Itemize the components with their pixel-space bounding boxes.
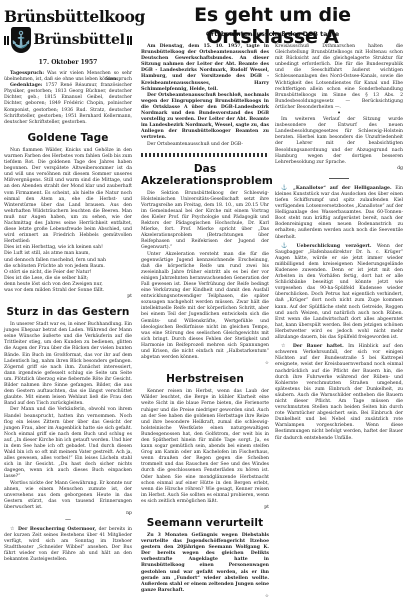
star-icon: ☆ bbox=[281, 343, 293, 349]
article-title-sturz-in-das-gestern: Sturz in das Gestern bbox=[4, 306, 132, 318]
main-story-paragraph: Kreisausschuß Dithmarschen halten die Gl… bbox=[275, 44, 403, 111]
notice-text: Ein kleines Kunststück war das Ausdocken… bbox=[275, 186, 403, 240]
article-body-herbstreisen: Kenner reisen im Herbst, wenn das Laub d… bbox=[141, 389, 269, 505]
tagesspruch-label: Tagesspruch: bbox=[10, 71, 44, 76]
notice-text: der bereits in der kurzen Zeit seines Be… bbox=[4, 527, 132, 562]
article-paragraph: Der Mann und die Verkäuferin, obwohl von… bbox=[4, 407, 132, 480]
article-signature: dg bbox=[275, 166, 403, 172]
article-body-goldene-tage: Nun flammen Wälder, Knicks und Gehölze i… bbox=[4, 148, 132, 246]
gedenktage: Gedenktage: 1757 René Réaumur, französis… bbox=[4, 83, 132, 126]
masthead: Brünsbüttelkoog ⚓ Brünsbüttel 17. Oktobe… bbox=[4, 0, 132, 66]
article-paragraph: Unter Akzeleration versteht man die für … bbox=[141, 252, 269, 362]
dateline: 17. Oktober 1957 bbox=[4, 59, 132, 66]
right-column: Kreisausschuß Dithmarschen halten die Gl… bbox=[275, 0, 403, 442]
article-title-seemann-verurteilt: Seemann verurteilt bbox=[141, 517, 269, 529]
notice-label: Der Bauer haftet. bbox=[293, 344, 344, 349]
decorative-separator bbox=[141, 153, 269, 157]
article-title-goldene-tage: Goldene Tage bbox=[4, 132, 132, 144]
main-story-paragraph: Im weiteren Verlauf der Sitzung wurde in… bbox=[275, 117, 403, 166]
ship-icon: ⚓ bbox=[281, 243, 297, 249]
article-body-seemann-verurteilt: Zu 3 Monaten Gefängnis wegen Diebstahls … bbox=[141, 533, 269, 594]
star-icon: ☆ bbox=[141, 594, 269, 599]
ship-icon: ⚓ bbox=[281, 185, 293, 191]
article-paragraph: In unserer Stadt war es, in einer Buchha… bbox=[4, 322, 132, 407]
main-story-paragraph: Am Dienstag, dem 15. 10. 1957, tagte in … bbox=[141, 44, 269, 93]
separator-mark: — bbox=[4, 517, 132, 523]
poem: Dies ist ein Herbsttag, wie ich keinen s… bbox=[4, 245, 132, 294]
anchor-crest-icon: ⚓ bbox=[11, 27, 31, 53]
article-title-akzelerationsproblem: Das Akzelerationsproblem bbox=[141, 163, 269, 187]
notice-kanallotse: ⚓ „Kanallotse“ auf der Helligaanlage. Ei… bbox=[275, 185, 403, 241]
article-title-herbstreisen: Herbstreisen bbox=[141, 373, 269, 385]
masthead-bar-decoration-left bbox=[4, 36, 9, 45]
notice-label: Ueberschlickung verzögert. bbox=[297, 244, 372, 249]
star-icon: ☆ bbox=[141, 361, 269, 367]
notice-bauer-haftet: ☆ Der Bauer haftet. Im Hinblick auf den … bbox=[275, 343, 403, 442]
article-paragraph: Wortlos nickte der Mann Gewährung. Er ko… bbox=[4, 481, 132, 511]
notice-text: Im Hinblick auf den schweren Verkehrsunf… bbox=[275, 344, 403, 440]
masthead-bar-decoration-right bbox=[127, 36, 132, 45]
article-signature: pt bbox=[141, 505, 269, 511]
star-icon: ☆ bbox=[10, 526, 18, 532]
notice-besucherring: ☆ Der Besucherring Ostermoor, der bereit… bbox=[4, 526, 132, 564]
middle-column: Am Dienstag, dem 15. 10. 1957, tagte in … bbox=[141, 0, 269, 599]
main-story-paragraph: Der Ortsbeamtenausschuß und der DGB- bbox=[141, 142, 269, 148]
article-paragraph: Die Sektion Brunsbüttelkoog der Schleswi… bbox=[141, 191, 269, 252]
gedenktage-label: Gedenktage: bbox=[10, 83, 42, 88]
left-column: Brünsbüttelkoog ⚓ Brünsbüttel 17. Oktobe… bbox=[4, 0, 132, 564]
separator-line bbox=[329, 178, 349, 179]
notice-label: „Kanallotse“ auf der Helligaanlage. bbox=[293, 186, 391, 191]
notice-label: Der Besucherring Ostermoor, bbox=[18, 527, 96, 532]
gedenktage-text: 1757 René Réaumur, französischer Physike… bbox=[4, 83, 132, 125]
notice-text: Wenn der Saugbagger „Hafenbaudirektor Dr… bbox=[275, 244, 403, 340]
masthead-title-top: Brünsbüttelkoog bbox=[4, 8, 132, 26]
article-signature: pt bbox=[4, 294, 132, 300]
notice-ueberschlickung: ⚓ Ueberschlickung verzögert. Wenn der Sa… bbox=[275, 243, 403, 342]
main-story-paragraph: Der Ortsbeamtenausschuß beschloß, nochma… bbox=[141, 93, 269, 142]
masthead-title-bottom: Brünsbüttel bbox=[33, 32, 124, 48]
